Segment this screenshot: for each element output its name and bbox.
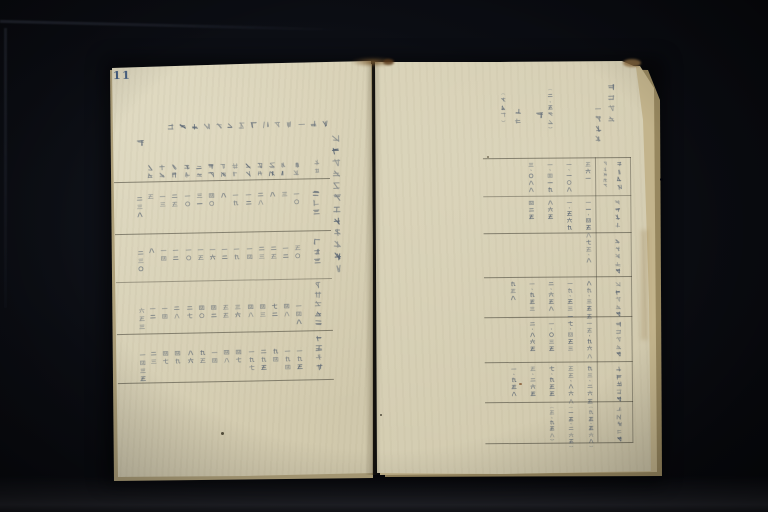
glyph xyxy=(547,173,553,179)
glyph xyxy=(549,377,555,383)
band-values xyxy=(487,365,593,405)
glyph xyxy=(588,432,594,438)
right-col-separator xyxy=(630,157,633,442)
glyph xyxy=(615,311,621,317)
glyph xyxy=(511,377,517,383)
right-header-col xyxy=(607,83,615,122)
right-rule-4 xyxy=(484,276,632,278)
glyph xyxy=(549,373,555,376)
band-label xyxy=(615,238,621,274)
glyph xyxy=(586,313,592,319)
glyph xyxy=(566,161,572,167)
glyph xyxy=(567,225,573,231)
glyph xyxy=(586,239,592,245)
glyph xyxy=(586,299,592,305)
number-column xyxy=(585,199,591,238)
glyph xyxy=(549,433,555,439)
glyph xyxy=(588,426,594,432)
glyph xyxy=(547,214,553,220)
glyph xyxy=(568,380,574,383)
glyph xyxy=(567,313,573,319)
glyph xyxy=(603,178,608,183)
glyph xyxy=(595,125,602,132)
glyph xyxy=(549,366,555,372)
glyph xyxy=(549,339,555,345)
number-column xyxy=(586,320,592,359)
glyph xyxy=(548,281,554,287)
glyph xyxy=(616,381,622,387)
number-column xyxy=(529,281,535,320)
glyph xyxy=(529,332,535,338)
number-column xyxy=(566,199,572,238)
glyph xyxy=(586,247,592,253)
glyph xyxy=(614,199,620,205)
glyph xyxy=(548,127,554,130)
glyph xyxy=(587,398,593,404)
glyph xyxy=(568,384,574,390)
glyph xyxy=(511,384,517,390)
glyph xyxy=(607,104,615,112)
glyph xyxy=(615,238,621,244)
glyph xyxy=(548,288,554,291)
glyph xyxy=(568,445,574,448)
glyph xyxy=(549,420,555,426)
glyph xyxy=(567,320,573,326)
glyph xyxy=(615,253,621,259)
glyph xyxy=(568,405,574,408)
glyph xyxy=(547,88,553,91)
glyph xyxy=(547,207,553,213)
number-column xyxy=(586,239,592,263)
number-column xyxy=(528,200,534,239)
glyph xyxy=(588,445,594,448)
number-column xyxy=(568,405,574,448)
glyph xyxy=(529,299,535,305)
glyph xyxy=(548,332,554,338)
right-rule-6 xyxy=(485,361,633,363)
glyph xyxy=(586,335,592,338)
glyph xyxy=(567,332,573,338)
glyph xyxy=(511,391,517,397)
right-rule-2 xyxy=(483,195,631,197)
glyph xyxy=(568,365,574,371)
number-column xyxy=(567,320,573,359)
glyph xyxy=(500,105,506,111)
number-column xyxy=(548,281,554,320)
glyph xyxy=(549,391,555,397)
glyph xyxy=(595,135,602,142)
glyph xyxy=(566,180,572,186)
glyph xyxy=(547,100,553,103)
glyph xyxy=(616,436,622,442)
glyph xyxy=(515,118,522,125)
glyph xyxy=(608,115,616,123)
glyph xyxy=(586,328,592,334)
band-note xyxy=(603,161,608,188)
glyph xyxy=(510,281,516,287)
glyph xyxy=(547,169,553,172)
right-header-col xyxy=(500,92,506,123)
glyph xyxy=(615,321,621,327)
glyph xyxy=(528,187,534,193)
glyph xyxy=(615,304,621,310)
glyph xyxy=(616,344,622,350)
glyph xyxy=(588,405,594,408)
glyph xyxy=(566,211,572,217)
glyph xyxy=(568,346,574,352)
glyph xyxy=(586,280,592,286)
number-column xyxy=(585,161,591,192)
glyph xyxy=(614,214,620,220)
number-column xyxy=(588,405,594,448)
glyph xyxy=(603,167,608,172)
glyph xyxy=(568,409,574,415)
right-rule-1 xyxy=(483,157,631,159)
glyph xyxy=(567,328,573,331)
glyph xyxy=(528,162,534,168)
glyph xyxy=(588,409,594,415)
glyph xyxy=(566,169,572,172)
glyph xyxy=(568,391,574,397)
glyph xyxy=(586,225,592,231)
glyph xyxy=(549,406,555,409)
glyph xyxy=(615,246,621,252)
glyph xyxy=(586,232,592,238)
glyph xyxy=(588,439,594,445)
glyph xyxy=(547,93,553,99)
band-values xyxy=(486,320,592,360)
glyph xyxy=(585,176,591,182)
right-header-col xyxy=(547,88,553,131)
number-column xyxy=(549,366,555,405)
glyph xyxy=(615,329,621,335)
glyph xyxy=(585,161,591,167)
right-header-col xyxy=(594,105,601,142)
band-label xyxy=(615,281,621,317)
glyph xyxy=(548,120,554,126)
glyph xyxy=(530,346,536,352)
glyph xyxy=(547,187,553,193)
glyph xyxy=(587,339,593,345)
number-column xyxy=(548,321,554,360)
glyph xyxy=(566,199,572,205)
glyph xyxy=(528,200,534,206)
glyph xyxy=(549,346,555,352)
glyph xyxy=(566,207,572,210)
glyph xyxy=(528,214,534,220)
band-values xyxy=(485,161,591,193)
glyph xyxy=(616,429,622,435)
glyph xyxy=(549,410,555,416)
glyph xyxy=(616,406,622,412)
glyph xyxy=(500,92,506,95)
photo-scene: 11 xyxy=(0,0,768,512)
glyph xyxy=(614,222,620,228)
glyph xyxy=(501,120,507,123)
glyph xyxy=(549,426,555,432)
glyph xyxy=(529,321,535,327)
glyph xyxy=(615,281,621,287)
glyph xyxy=(528,173,534,179)
glyph xyxy=(587,391,593,397)
glyph xyxy=(616,184,622,190)
glyph xyxy=(529,328,535,331)
glyph xyxy=(511,366,517,372)
glyph xyxy=(568,339,574,345)
glyph xyxy=(615,261,621,267)
glyph xyxy=(585,218,591,224)
right-header-col xyxy=(514,108,521,125)
glyph xyxy=(616,176,622,182)
number-column xyxy=(568,365,574,404)
glyph xyxy=(588,422,594,425)
glyph xyxy=(529,292,535,298)
glyph xyxy=(615,268,621,274)
glyph xyxy=(514,108,521,115)
glyph xyxy=(547,200,553,206)
glyph xyxy=(587,346,593,352)
glyph xyxy=(548,299,554,305)
glyph xyxy=(603,161,608,166)
glyph xyxy=(568,416,574,422)
glyph xyxy=(568,426,574,432)
glyph xyxy=(501,112,507,118)
glyph xyxy=(568,422,574,425)
number-column xyxy=(511,366,517,405)
band-label xyxy=(614,199,620,228)
glyph xyxy=(549,416,555,419)
glyph xyxy=(530,366,536,372)
number-column xyxy=(586,280,592,319)
glyph xyxy=(615,289,621,295)
glyph xyxy=(586,288,592,294)
glyph xyxy=(536,112,544,120)
glyph xyxy=(568,398,574,404)
glyph xyxy=(548,328,554,331)
glyph xyxy=(586,295,592,298)
glyph xyxy=(510,295,516,301)
glyph xyxy=(607,94,615,102)
glyph xyxy=(588,416,594,422)
glyph xyxy=(530,391,536,397)
band-label xyxy=(615,321,621,357)
glyph xyxy=(616,351,622,357)
glyph xyxy=(616,169,622,175)
glyph xyxy=(528,169,534,172)
glyph xyxy=(548,292,554,298)
glyph xyxy=(528,180,534,186)
glyph xyxy=(528,207,534,213)
glyph xyxy=(568,439,574,445)
glyph xyxy=(603,183,608,188)
glyph xyxy=(595,115,602,122)
glyph xyxy=(529,306,535,312)
glyph xyxy=(548,321,554,327)
band-values xyxy=(487,405,593,449)
band-values xyxy=(486,280,592,320)
glyph xyxy=(547,180,553,186)
glyph xyxy=(530,339,536,345)
glyph xyxy=(511,373,517,376)
glyph xyxy=(585,169,591,175)
glyph xyxy=(586,258,592,264)
glyph xyxy=(587,373,593,379)
glyph xyxy=(566,218,572,224)
glyph xyxy=(586,254,592,257)
number-column xyxy=(549,406,555,449)
glyph xyxy=(529,281,535,287)
glyph xyxy=(529,288,535,291)
glyph xyxy=(607,83,615,91)
glyph xyxy=(567,280,573,286)
glyph xyxy=(567,299,573,305)
glyph xyxy=(615,336,621,342)
glyph xyxy=(567,288,573,294)
right-col-separator xyxy=(595,157,598,442)
glyph xyxy=(567,306,573,312)
glyph xyxy=(587,380,593,383)
glyph xyxy=(614,207,620,213)
glyph xyxy=(568,432,574,438)
number-column xyxy=(566,161,572,192)
glyph xyxy=(616,366,622,372)
number-column xyxy=(530,366,536,405)
right-page-content xyxy=(0,0,768,512)
glyph xyxy=(616,161,622,167)
band-values xyxy=(486,239,592,264)
glyph xyxy=(585,199,591,205)
glyph xyxy=(585,214,591,217)
glyph xyxy=(548,306,554,312)
glyph xyxy=(616,396,622,402)
glyph xyxy=(616,421,622,427)
glyph xyxy=(586,320,592,326)
glyph xyxy=(547,162,553,168)
glyph xyxy=(510,288,516,294)
glyph xyxy=(587,384,593,390)
glyph xyxy=(566,187,572,193)
glyph xyxy=(566,173,572,179)
glyph xyxy=(587,365,593,371)
glyph xyxy=(549,384,555,390)
glyph xyxy=(603,172,608,177)
number-column xyxy=(529,321,535,360)
number-column xyxy=(587,365,593,404)
glyph xyxy=(615,296,621,302)
band-label xyxy=(616,161,622,190)
glyph xyxy=(616,374,622,380)
glyph xyxy=(530,377,536,383)
glyph xyxy=(567,295,573,298)
glyph xyxy=(548,112,554,118)
number-column xyxy=(528,162,534,193)
glyph xyxy=(616,389,622,395)
glyph xyxy=(586,306,592,312)
glyph xyxy=(594,105,601,112)
glyph xyxy=(587,353,593,359)
glyph xyxy=(585,207,591,213)
number-column xyxy=(510,281,516,320)
number-column xyxy=(547,162,553,193)
glyph xyxy=(616,414,622,420)
glyph xyxy=(530,384,536,390)
glyph xyxy=(568,373,574,379)
glyph xyxy=(549,439,555,442)
glyph xyxy=(547,105,553,111)
number-column xyxy=(547,200,553,239)
right-header-col xyxy=(536,112,544,120)
band-values xyxy=(485,199,591,239)
number-column xyxy=(567,280,573,319)
glyph xyxy=(530,373,536,376)
band-label xyxy=(616,366,622,402)
glyph xyxy=(500,97,506,103)
band-label xyxy=(616,406,622,442)
